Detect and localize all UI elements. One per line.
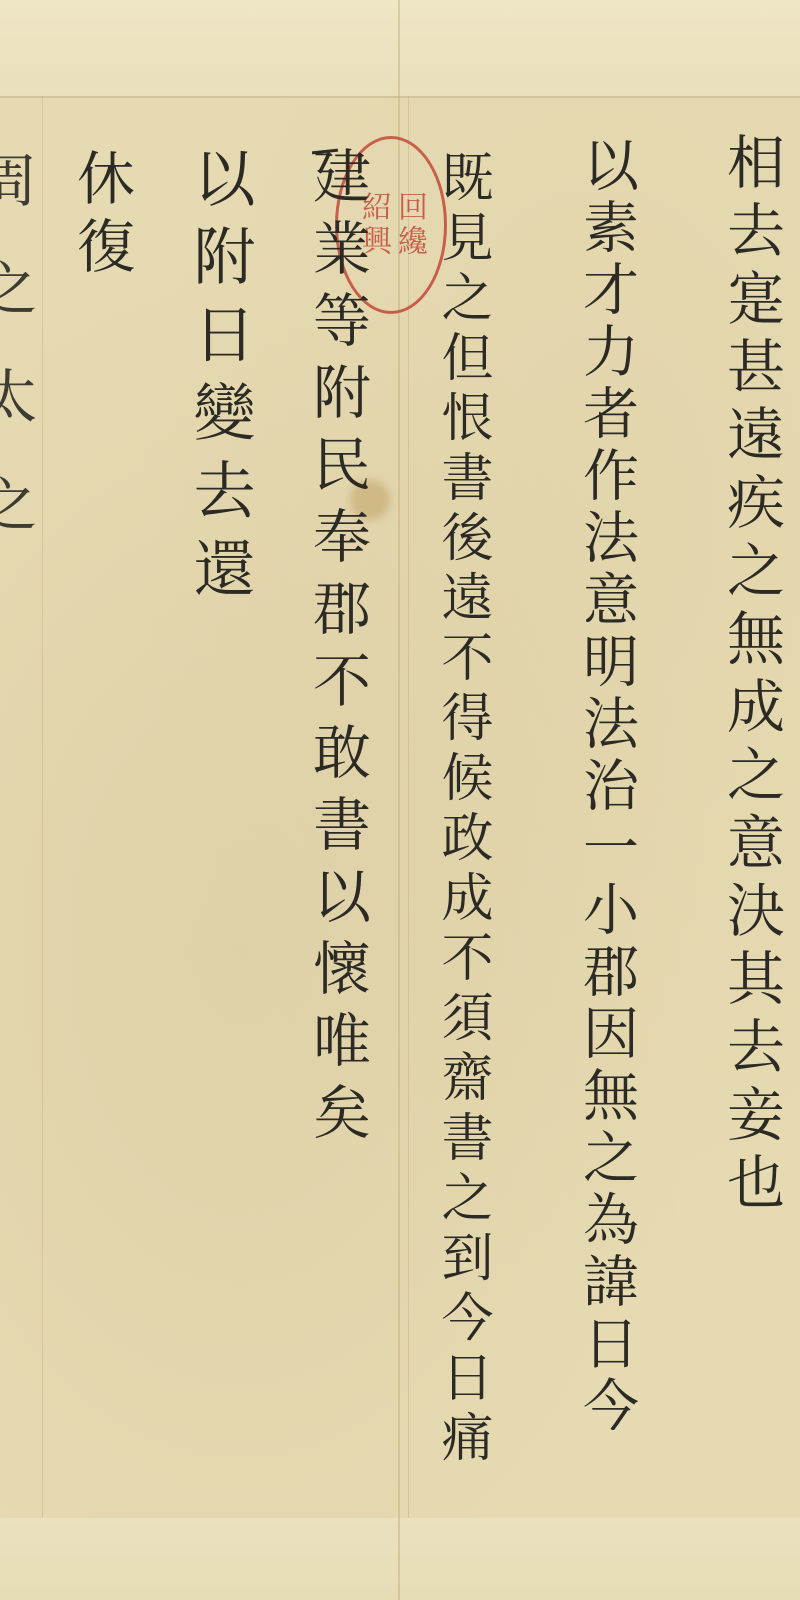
scroll-mount-top (0, 0, 800, 96)
text-column-7-cropped: 周之太之 (0, 150, 32, 582)
text-column-2: 以素才力者作法意明法治一小郡因無之為諱日今 (578, 136, 634, 1438)
seal-text-right: 回纔 (394, 191, 424, 259)
signature-column: 休復 (72, 148, 130, 284)
text-column-4: 建業等附民奉郡不敢書以懷唯矣 (308, 146, 366, 1154)
scroll-mount-bottom (0, 1518, 800, 1600)
text-column-5: 以附日變去還 (188, 146, 250, 614)
paper-fold-line (42, 96, 43, 1518)
text-column-1: 相去寔甚遠疾之無成之意決其去妾也 (722, 132, 780, 1220)
text-column-3: 既見之但恨書後遠不得候政成不須齋書之到今日痛 (436, 150, 488, 1470)
